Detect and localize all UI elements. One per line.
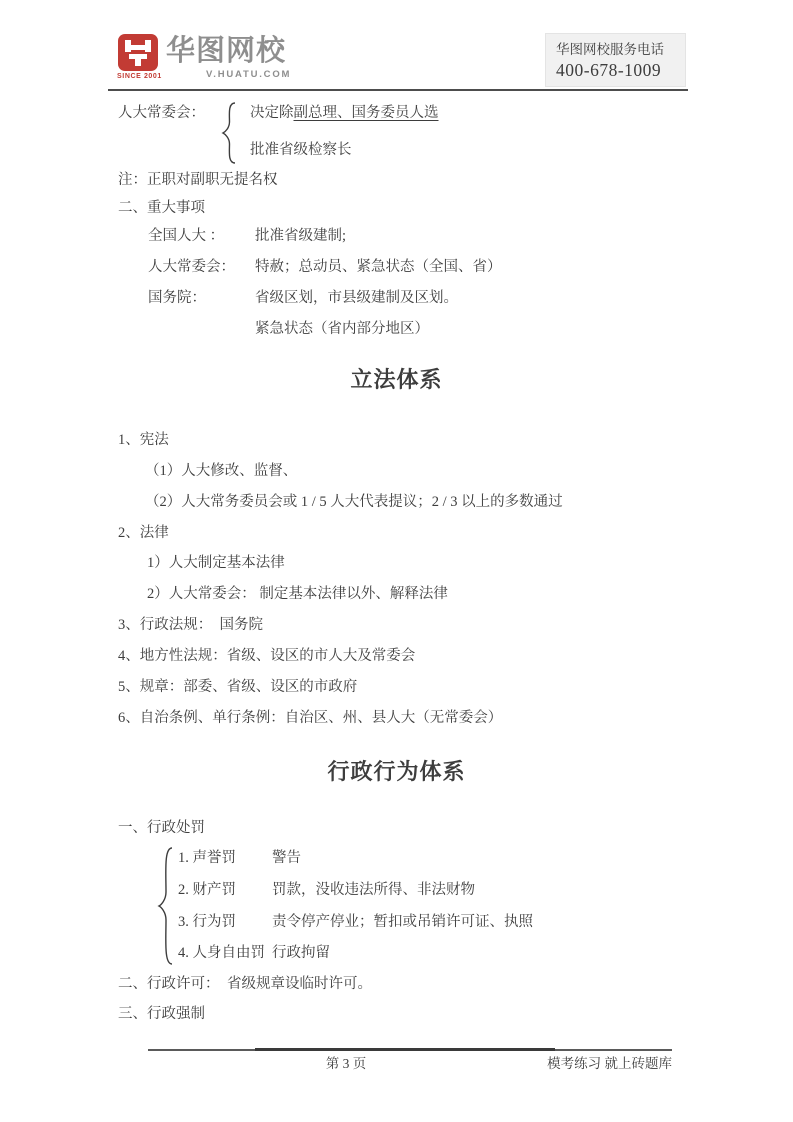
npc-label: 人大常委会：	[118, 103, 205, 123]
brand-site-url: V.HUATU.COM	[206, 69, 291, 80]
penalty-row: 1. 声誉罚 警告	[178, 848, 301, 868]
npc-brace-line-1: 决定除副总理、国务委员人选	[250, 103, 439, 123]
matter-value: 省级区划，市县级建制及区划。	[255, 288, 458, 308]
permit-value: 省级规章设临时许可。	[227, 974, 372, 994]
penalty-row: 4. 人身自由罚 行政拘留	[178, 943, 330, 963]
permit-label: 二、行政许可：	[118, 974, 227, 994]
legislation-line: （2）人大常务委员会或 1 / 5 人大代表提议；2 / 3 以上的多数通过	[145, 492, 563, 512]
legislation-line: （1）人大修改、监督、	[145, 461, 297, 481]
legislation-line: 1、宪法	[118, 430, 169, 450]
service-phone-label: 华图网校服务电话	[556, 40, 685, 59]
matter-label: 人大常委会：	[148, 257, 255, 277]
legislation-line: 5、规章：部委、省级、设区的市政府	[118, 677, 357, 697]
matter-row: 国务院： 省级区划，市县级建制及区划。	[148, 288, 458, 308]
admin-line-3: 三、行政强制	[118, 1004, 205, 1024]
document-page: SINCE 2001 华图网校 V.HUATU.COM 华图网校服务电话 400…	[0, 0, 793, 1122]
penalty-value: 责令停产停业；暂扣或吊销许可证、执照	[272, 912, 533, 932]
footer-rule-heavy	[255, 1048, 555, 1051]
logo-since-label: SINCE 2001	[117, 73, 162, 80]
penalty-label: 4. 人身自由罚	[178, 943, 272, 963]
penalty-row: 3. 行为罚 责令停产停业；暂扣或吊销许可证、执照	[178, 912, 533, 932]
header-rule	[108, 89, 688, 91]
brace-icon	[221, 101, 237, 165]
admin-heading: 一、行政处罚	[118, 818, 205, 838]
major-matters-heading: 二、重大事项	[118, 198, 205, 218]
note-line: 注：正职对副职无提名权	[118, 170, 278, 190]
admin-title: 行政行为体系	[0, 757, 793, 787]
matter-row: 紧急状态（省内部分地区）	[148, 319, 429, 339]
matter-label: 国务院：	[148, 288, 255, 308]
penalty-value: 行政拘留	[272, 943, 330, 963]
matter-value: 紧急状态（省内部分地区）	[255, 319, 429, 339]
service-phone-box: 华图网校服务电话 400-678-1009	[545, 33, 686, 87]
footer-slogan: 模考练习 就上砖题库	[547, 1054, 672, 1074]
legislation-line: 4、地方性法规：省级、设区的市人大及常委会	[118, 646, 415, 666]
npc-decide-prefix: 决定除	[250, 105, 294, 121]
penalty-value: 罚款，没收违法所得、非法财物	[272, 880, 475, 900]
matter-row: 人大常委会： 特赦；总动员、紧急状态（全国、省）	[148, 257, 502, 277]
matter-label	[148, 319, 255, 339]
matter-label: 全国人大 ：	[148, 226, 255, 246]
penalty-value: 警告	[272, 848, 301, 868]
legislation-line: 2）人大常委会： 制定基本法律以外、解释法律	[147, 584, 448, 604]
permit-row: 二、行政许可： 省级规章设临时许可。	[118, 974, 372, 994]
penalty-label: 2. 财产罚	[178, 880, 272, 900]
legislation-line: 1）人大制定基本法律	[147, 553, 285, 573]
penalty-row: 2. 财产罚 罚款，没收违法所得、非法财物	[178, 880, 475, 900]
legislation-line: 3、行政法规： 国务院	[118, 615, 263, 635]
npc-decide-underlined: 副总理、国务委员人选	[294, 105, 439, 121]
npc-brace-line-2: 批准省级检察长	[250, 140, 352, 160]
brace-icon	[157, 846, 175, 966]
matter-value: 批准省级建制;	[255, 226, 346, 246]
penalty-label: 3. 行为罚	[178, 912, 272, 932]
legislation-line: 2、法律	[118, 523, 169, 543]
matter-value: 特赦；总动员、紧急状态（全国、省）	[255, 257, 502, 277]
matter-row: 全国人大 ： 批准省级建制;	[148, 226, 346, 246]
penalty-label: 1. 声誉罚	[178, 848, 272, 868]
legislation-title: 立法体系	[0, 365, 793, 395]
service-phone-number: 400-678-1009	[556, 59, 685, 81]
brand-name: 华图网校	[166, 36, 286, 66]
legislation-line: 6、自治条例、单行条例：自治区、州、县人大（无常委会）	[118, 708, 502, 728]
page-number: 第 3 页	[300, 1054, 392, 1074]
